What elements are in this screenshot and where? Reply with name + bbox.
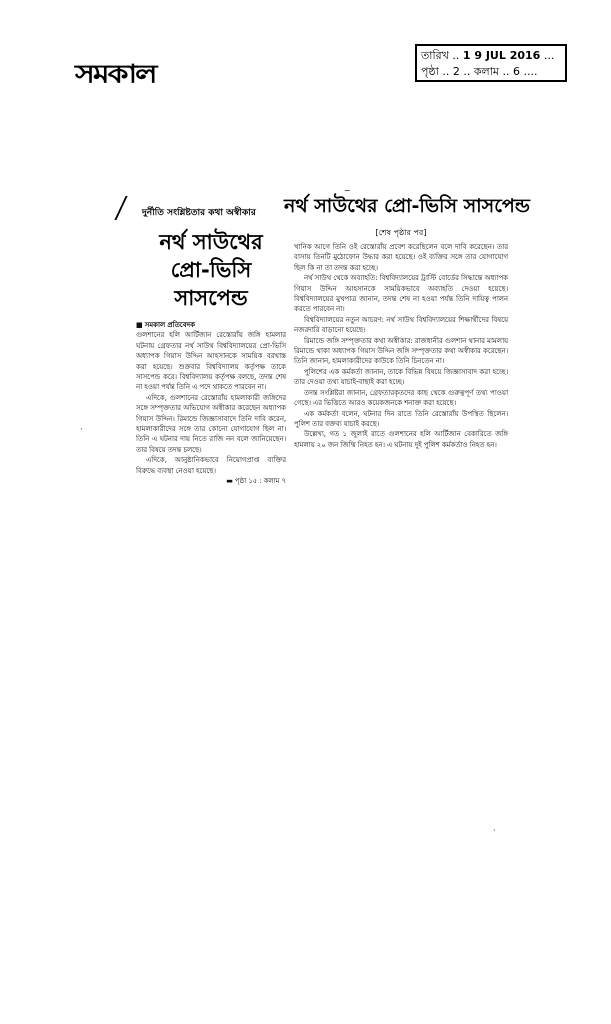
left-article: দুর্নীতি সংশ্লিষ্টতার কথা অস্বীকার নর্থ … bbox=[136, 200, 286, 487]
article-body: খানিক আগে তিনি ওই রেস্তোরাঁয় প্রবেশ করে… bbox=[294, 242, 508, 450]
continued-reference: পৃষ্ঠা ১৫ : কলাম ৭ bbox=[235, 476, 286, 485]
paragraph: খানিক আগে তিনি ওই রেস্তোরাঁয় প্রবেশ করে… bbox=[294, 242, 508, 273]
date-value: 1 9 JUL 2016 bbox=[463, 49, 540, 62]
paragraph: এদিকে, গুলশানের রেস্তোরাঁয় হামলাকারী জঙ… bbox=[136, 393, 286, 455]
kicker-slash-mark bbox=[114, 196, 145, 220]
byline: সমকাল প্রতিবেদক bbox=[145, 320, 195, 329]
article-headline: নর্থ সাউথের প্রো-ভিসি সাসপেন্ড bbox=[284, 192, 508, 224]
date-row: তারিখ .. 1 9 JUL 2016 ... bbox=[421, 48, 561, 64]
newspaper-masthead: সমকাল bbox=[75, 54, 156, 97]
continued-marker: ▬ bbox=[226, 476, 235, 485]
headline-line: সাসপেন্ড bbox=[136, 284, 286, 312]
paragraph: পুলিশের এক কর্মকর্তা জানান, তাকে বিভিন্ন… bbox=[294, 367, 508, 388]
right-article: নর্থ সাউথের প্রো-ভিসি সাসপেন্ড [শেষ পৃষ্… bbox=[294, 192, 508, 450]
stray-mark: · bbox=[493, 826, 496, 835]
headline-line: প্রো-ভিসি bbox=[136, 256, 286, 284]
paragraph: উল্লেখ্য, গত ১ জুলাই রাতে গুলশানের হলি আ… bbox=[294, 429, 508, 450]
paragraph: বিশ্ববিদ্যালয়ের নতুন আচরণ: নর্থ সাউথ বি… bbox=[294, 315, 508, 336]
headline-line: নর্থ সাউথের bbox=[136, 228, 286, 256]
article-kicker: দুর্নীতি সংশ্লিষ্টতার কথা অস্বীকার bbox=[142, 208, 256, 218]
article-body: ■ সমকাল প্রতিবেদক গুলশানের হলি আর্টিজান … bbox=[136, 320, 286, 487]
paragraph: রিমান্ডে জঙ্গি সম্পৃক্ততার কথা অস্বীকার:… bbox=[294, 336, 508, 367]
page-label: পৃষ্ঠা bbox=[421, 65, 439, 78]
page-value: 2 bbox=[453, 65, 460, 78]
column-value: 6 bbox=[513, 65, 520, 78]
paragraph: নর্থ সাউথ থেকে অব্যাহতি: বিশ্ববিদ্যালয়ে… bbox=[294, 273, 508, 315]
article-headline: নর্থ সাউথের প্রো-ভিসি সাসপেন্ড bbox=[136, 228, 286, 312]
byline-bullet: ■ bbox=[136, 320, 145, 329]
paragraph: এক কর্মকর্তা বলেন, ঘটনার দিন রাতে তিনি র… bbox=[294, 409, 508, 430]
paragraph: তদন্ত সংশ্লিষ্টরা জানান, গ্রেফতারকৃতদের … bbox=[294, 388, 508, 409]
date-stamp-box: তারিখ .. 1 9 JUL 2016 ... পৃষ্ঠা .. 2 ..… bbox=[415, 44, 567, 82]
column-label: কলাম bbox=[474, 65, 499, 78]
stray-mark: · bbox=[80, 425, 83, 434]
paragraph: গুলশানের হলি আর্টিজান রেস্তোরাঁয় জঙ্গি … bbox=[136, 330, 286, 392]
date-label: তারিখ bbox=[421, 49, 449, 62]
page-row: পৃষ্ঠা .. 2 .. কলাম .. 6 .... bbox=[421, 64, 561, 80]
paragraph: এদিকে, আনুষ্ঠানিকভাবে নিয়োগপ্রাপ্ত ব্যক… bbox=[136, 455, 286, 476]
continued-from: [শেষ পৃষ্ঠার পর] bbox=[294, 227, 508, 240]
